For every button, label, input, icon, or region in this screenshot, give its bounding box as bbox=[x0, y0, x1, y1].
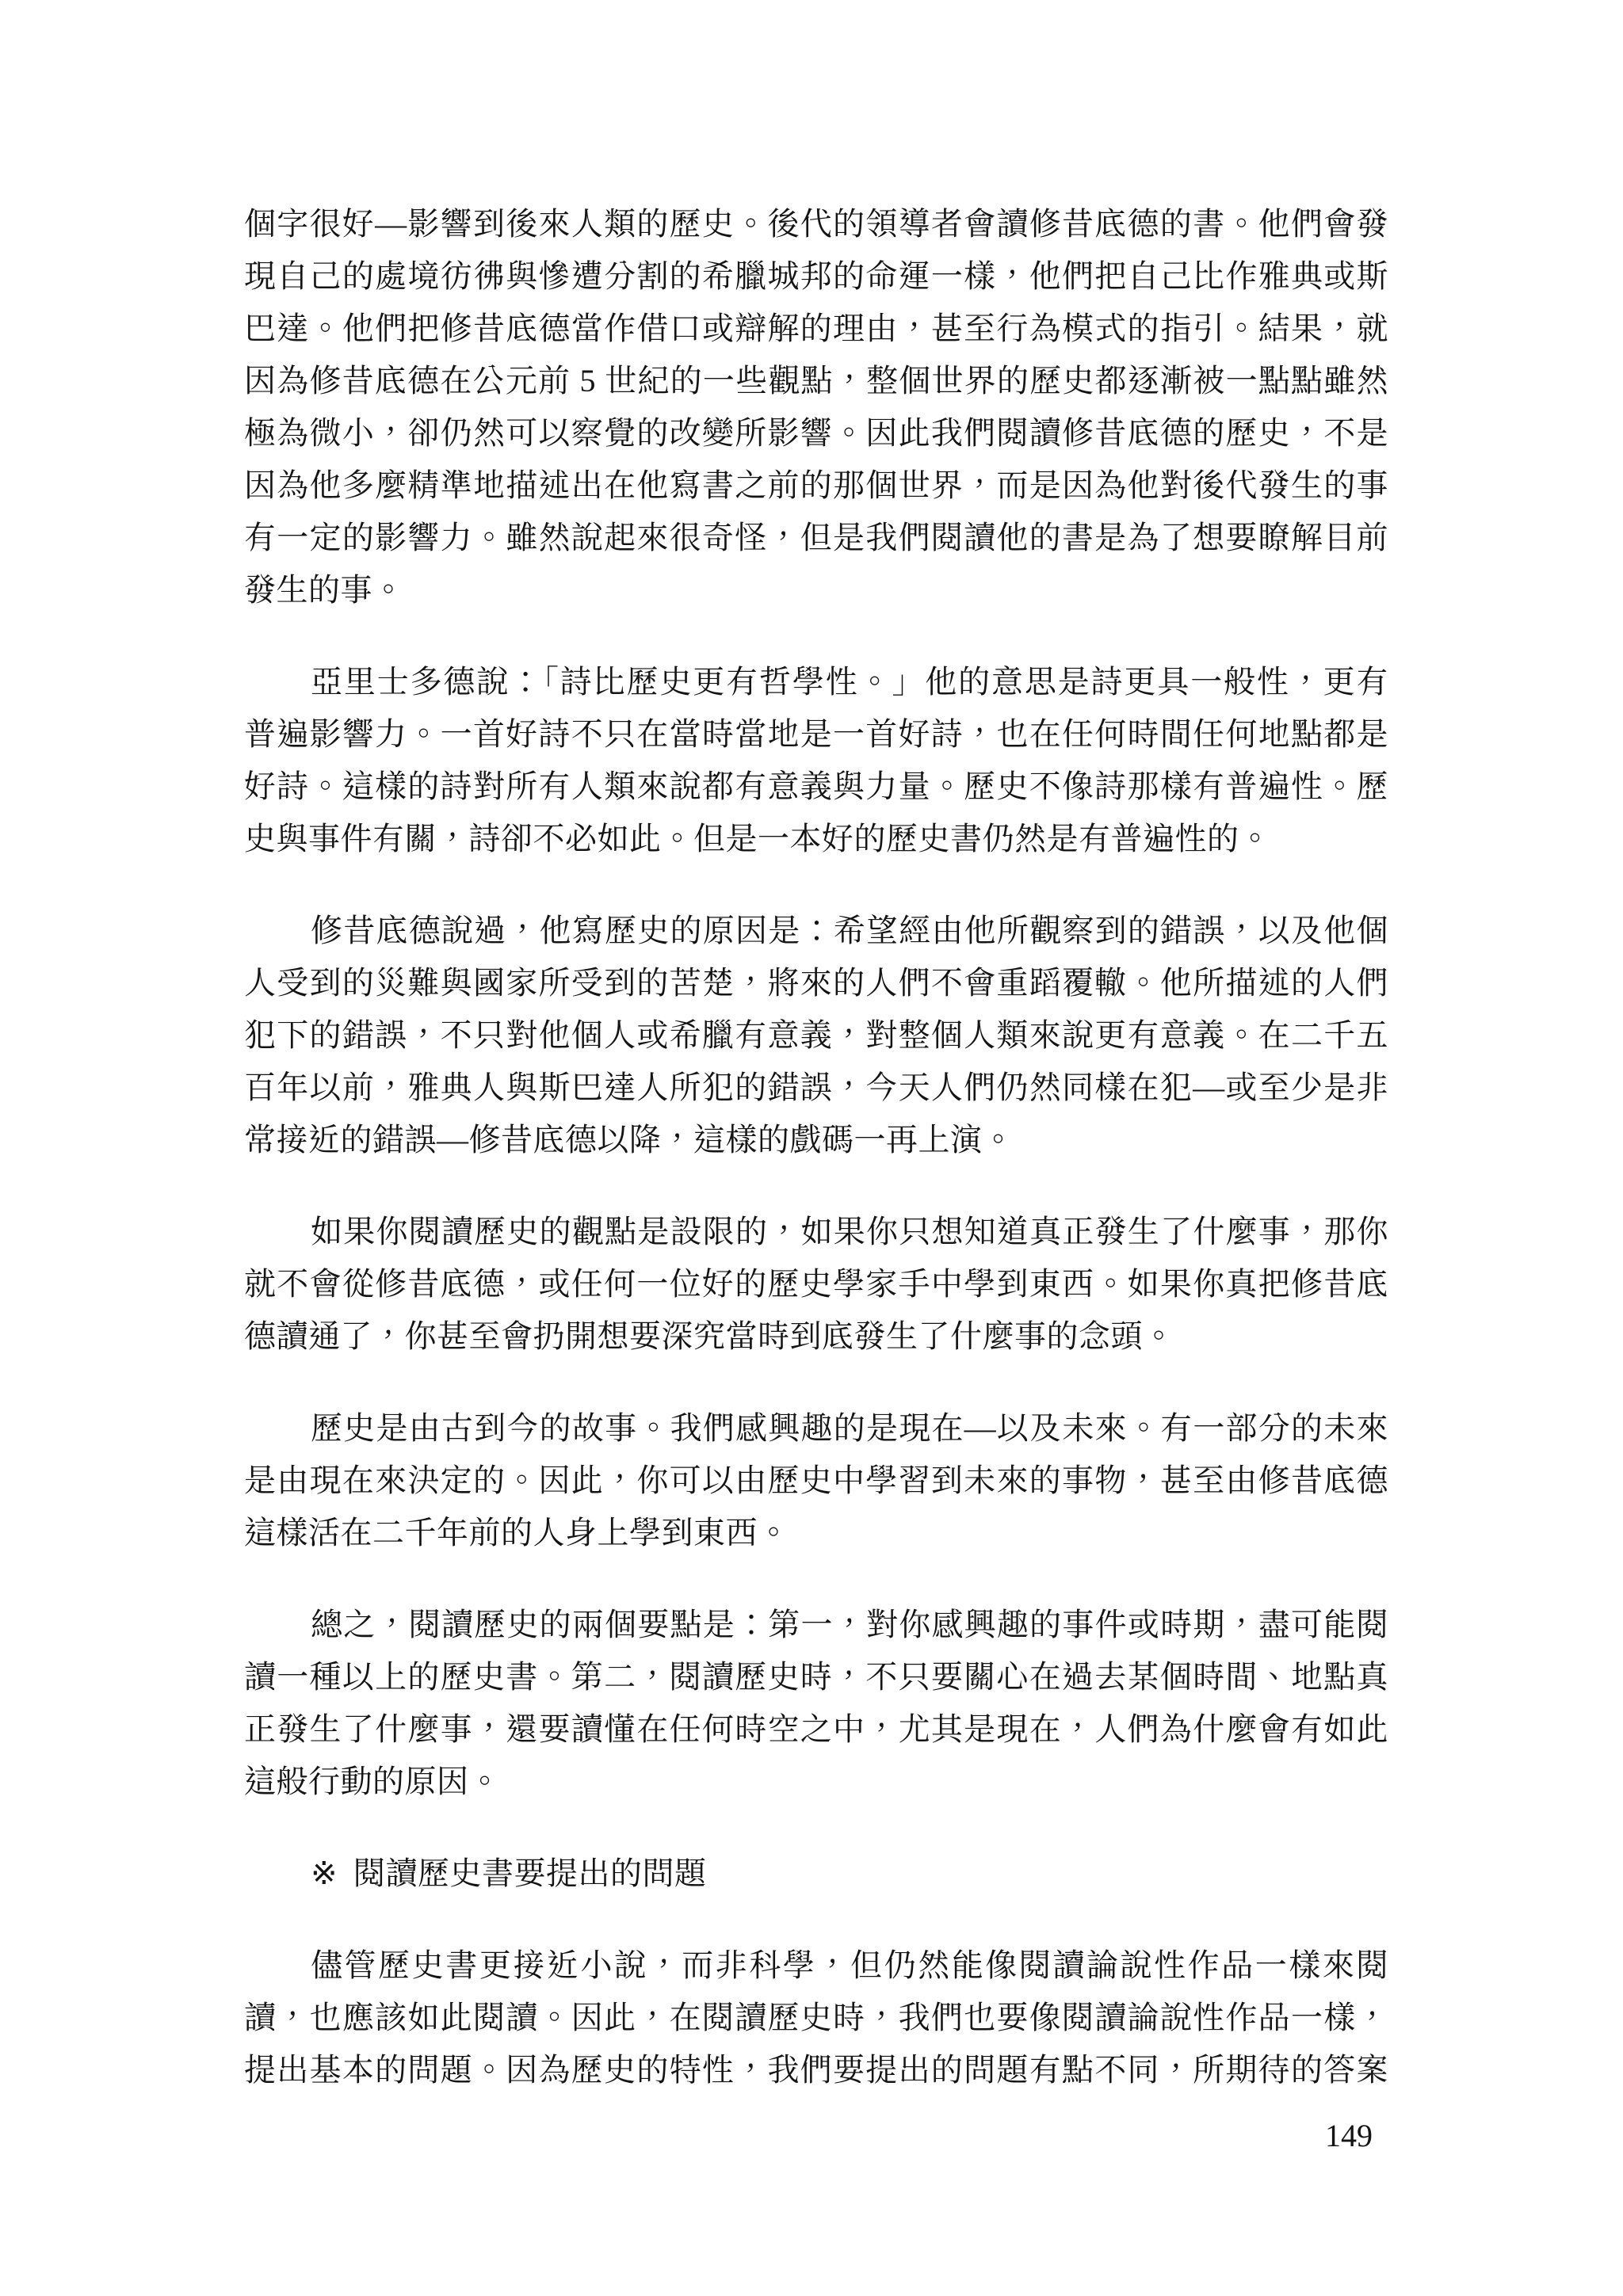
text-line: 就不會從修昔底德，或任何一位好的歷史學家手中學到東西。如果你真把修昔底 bbox=[244, 1258, 1388, 1310]
text-line: 因為修昔底德在公元前 5 世紀的一些觀點，整個世界的歷史都逐漸被一點點雖然 bbox=[244, 355, 1388, 407]
text-line: 發生的事。 bbox=[244, 564, 1388, 616]
paragraph-5: 歷史是由古到今的故事。我們感興趣的是現在—以及未來。有一部分的未來 是由現在來決… bbox=[244, 1402, 1388, 1559]
text-line: 好詩。這樣的詩對所有人類來說都有意義與力量。歷史不像詩那樣有普遍性。歷 bbox=[244, 761, 1388, 813]
text-line: 極為微小，卻仍然可以察覺的改變所影響。因此我們閱讀修昔底德的歷史，不是 bbox=[244, 407, 1388, 460]
paragraph-1: 個字很好—影響到後來人類的歷史。後代的領導者會讀修昔底德的書。他們會發 現自己的… bbox=[244, 198, 1388, 616]
text-line: 個字很好—影響到後來人類的歷史。後代的領導者會讀修昔底德的書。他們會發 bbox=[244, 198, 1388, 250]
paragraph-3: 修昔底德說過，他寫歷史的原因是：希望經由他所觀察到的錯誤，以及他個 人受到的災難… bbox=[244, 905, 1388, 1166]
text-line: 德讀通了，你甚至會扔開想要深究當時到底發生了什麼事的念頭。 bbox=[244, 1310, 1388, 1363]
text-line: 如果你閱讀歷史的觀點是設限的，如果你只想知道真正發生了什麼事，那你 bbox=[244, 1206, 1388, 1258]
paragraph-4: 如果你閱讀歷史的觀點是設限的，如果你只想知道真正發生了什麼事，那你 就不會從修昔… bbox=[244, 1206, 1388, 1363]
text-line: 歷史是由古到今的故事。我們感興趣的是現在—以及未來。有一部分的未來 bbox=[244, 1402, 1388, 1455]
text-line: 提出基本的問題。因為歷史的特性，我們要提出的問題有點不同，所期待的答案 bbox=[244, 2044, 1388, 2096]
section-heading-text: 閱讀歷史書要提出的問題 bbox=[353, 1855, 707, 1891]
text-line: 普遍影響力。一首好詩不只在當時當地是一首好詩，也在任何時間任何地點都是 bbox=[244, 708, 1388, 761]
text-line: 史與事件有關，詩卻不必如此。但是一本好的歷史書仍然是有普遍性的。 bbox=[244, 813, 1388, 865]
text-line: 百年以前，雅典人與斯巴達人所犯的錯誤，今天人們仍然同樣在犯—或至少是非 bbox=[244, 1062, 1388, 1114]
text-line: 巴達。他們把修昔底德當作借口或辯解的理由，甚至行為模式的指引。結果，就 bbox=[244, 303, 1388, 355]
paragraph-2: 亞里士多德說：「詩比歷史更有哲學性。」他的意思是詩更具一般性，更有 普遍影響力。… bbox=[244, 656, 1388, 865]
text-line: 犯下的錯誤，不只對他個人或希臘有意義，對整個人類來說更有意義。在二千五 bbox=[244, 1009, 1388, 1062]
text-line: 常接近的錯誤—修昔底德以降，這樣的戲碼一再上演。 bbox=[244, 1114, 1388, 1166]
text-line: 這樣活在二千年前的人身上學到東西。 bbox=[244, 1507, 1388, 1559]
text-line: 現自己的處境彷彿與慘遭分割的希臘城邦的命運一樣，他們把自己比作雅典或斯 bbox=[244, 250, 1388, 303]
text-line: 是由現在來決定的。因此，你可以由歷史中學習到未來的事物，甚至由修昔底德 bbox=[244, 1455, 1388, 1507]
text-line: 讀一種以上的歷史書。第二，閱讀歷史時，不只要關心在過去某個時間、地點真 bbox=[244, 1651, 1388, 1703]
paragraph-7: 儘管歷史書更接近小說，而非科學，但仍然能像閱讀論說性作品一樣來閱 讀，也應該如此… bbox=[244, 1939, 1388, 2096]
section-marker-icon: ※ bbox=[311, 1855, 338, 1891]
section-heading: ※閱讀歷史書要提出的問題 bbox=[244, 1848, 1388, 1900]
text-line: 讀，也應該如此閱讀。因此，在閱讀歷史時，我們也要像閱讀論說性作品一樣， bbox=[244, 1992, 1388, 2044]
page-text-block: 個字很好—影響到後來人類的歷史。後代的領導者會讀修昔底德的書。他們會發 現自己的… bbox=[244, 198, 1388, 2136]
text-line: 儘管歷史書更接近小說，而非科學，但仍然能像閱讀論說性作品一樣來閱 bbox=[244, 1939, 1388, 1992]
document-page: 個字很好—影響到後來人類的歷史。後代的領導者會讀修昔底德的書。他們會發 現自己的… bbox=[0, 0, 1623, 2296]
text-line: 有一定的影響力。雖然說起來很奇怪，但是我們閱讀他的書是為了想要瞭解目前 bbox=[244, 512, 1388, 564]
page-number: 149 bbox=[1325, 2117, 1373, 2155]
text-line: 總之，閱讀歷史的兩個要點是：第一，對你感興趣的事件或時期，盡可能閱 bbox=[244, 1599, 1388, 1651]
text-line: 正發生了什麼事，還要讀懂在任何時空之中，尤其是現在，人們為什麼會有如此 bbox=[244, 1703, 1388, 1756]
text-line: 亞里士多德說：「詩比歷史更有哲學性。」他的意思是詩更具一般性，更有 bbox=[244, 656, 1388, 708]
text-line: 人受到的災難與國家所受到的苦楚，將來的人們不會重蹈覆轍。他所描述的人們 bbox=[244, 957, 1388, 1009]
paragraph-6: 總之，閱讀歷史的兩個要點是：第一，對你感興趣的事件或時期，盡可能閱 讀一種以上的… bbox=[244, 1599, 1388, 1808]
text-line: 修昔底德說過，他寫歷史的原因是：希望經由他所觀察到的錯誤，以及他個 bbox=[244, 905, 1388, 957]
text-line: 因為他多麼精準地描述出在他寫書之前的那個世界，而是因為他對後代發生的事 bbox=[244, 460, 1388, 512]
text-line: 這般行動的原因。 bbox=[244, 1756, 1388, 1808]
